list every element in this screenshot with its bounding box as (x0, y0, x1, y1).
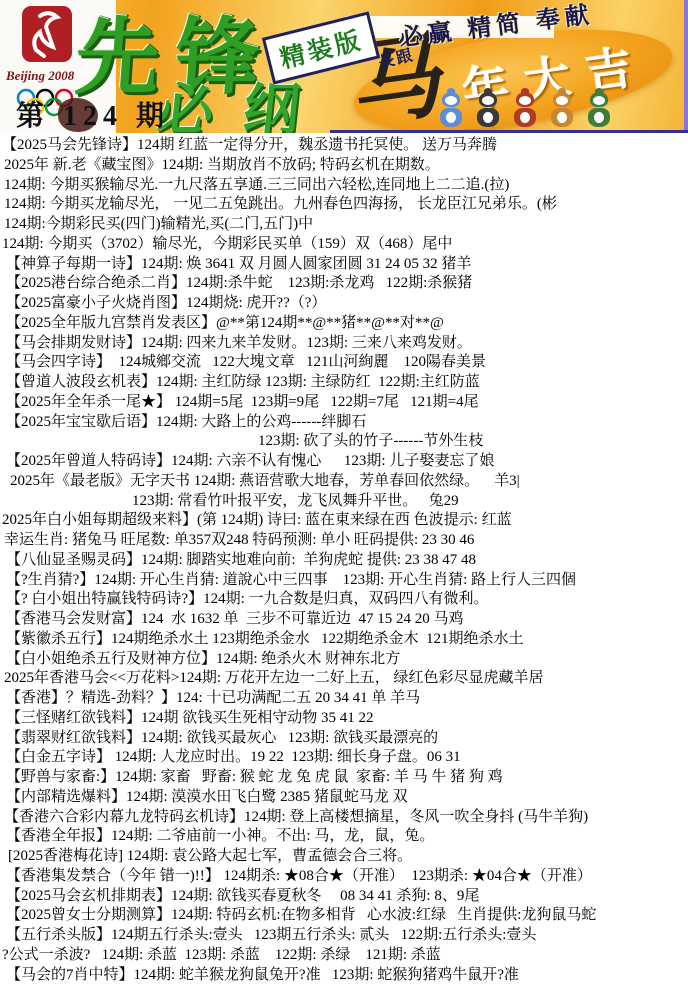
text-line: 【2025年全年杀一尾★】 124期=5尾 123期=9尾 122期=7尾 12… (2, 393, 688, 413)
report-lines: 【2025马会先锋诗】124期 红蓝一定得分开，魏丞遗书托冥使。 送万马奔腾20… (0, 133, 688, 985)
text-line: 2025年《最老版》无字天书 124期: 燕语营歌大地春，芳单春回依然绿。 羊3… (2, 472, 688, 492)
issue-number-label: 第 124 期 (16, 94, 170, 133)
text-line: 【? 白小姐出特赢钱特码诗?】124期: 一九合数是归真，双码四八有微利。 (2, 590, 688, 610)
text-line: 【曾道人波段玄机表】124期: 主红防绿 123期: 主绿防红 122期:主红防… (2, 373, 688, 393)
text-line: 【2025马会玄机排期表】124期: 欲钱买春夏秋冬 08 34 41 杀狗: … (2, 887, 688, 907)
text-line: 2025年 新.老《藏宝图》124期: 当期放肖不放码; 特码玄机在期数。 (2, 156, 688, 176)
text-line: 【2025港台综合绝杀二肖】124期:杀牛蛇 123期:杀龙鸡 122期:杀猴猪 (2, 274, 688, 294)
text-line: ?公式一杀波? 124期: 杀蓝 123期: 杀蓝 122期: 杀绿 121期:… (2, 946, 688, 966)
text-line: 【?生肖猜?】124期: 开心生肖猜: 道說心中三四事 123期: 开心生肖猜:… (2, 571, 688, 591)
text-line: 【野兽与家畜:】124期: 家畜 野畜: 猴 蛇 龙 兔 虎 鼠 家畜: 羊 马… (2, 768, 688, 788)
text-line: 124期: 今期买龙输尽光， 一见二五兔跳出。九州春色四海扬， 长龙臣江兄弟乐。… (2, 195, 688, 215)
text-line: 【马会四字诗】 124城鄉交流 122大塊文章 121山河絢麗 120陽春美景 (2, 353, 688, 373)
text-line: 124期:今期彩民买(四门)输精光,买(二门,五门)中 (2, 215, 688, 235)
text-line: 2025年香港马会<<万花料>124期: 万花开左边一二好上五， 绿红色彩尽显虎… (2, 669, 688, 689)
text-line: 123期: 砍了头的竹子------节外生枝 (2, 432, 688, 452)
text-line: 【五行杀头版】124期五行杀头:壹头 123期五行杀头: 贰头 122期:五行杀… (2, 926, 688, 946)
text-line: 【香港】？精选-劲料？】124: 十已功满配二五 20 34 41 单 羊马 (2, 689, 688, 709)
text-line: 【2025曾女士分期测算】124期: 特码玄机:在物多相背 心水波:红绿 生肖提… (2, 906, 688, 926)
header-right-border (684, 0, 688, 133)
tip-sheet-page: Beijing 2008 马 年大吉 長跟 必赢 精简 奉献 先锋 必纲 精装版… (0, 0, 688, 987)
text-line: 【2025年曾道人特码诗】124期: 六亲不认有愧心 123期: 儿子娶妻忘了娘 (2, 452, 688, 472)
beijing-olympic-emblem-icon (22, 6, 72, 62)
text-line: 【马会排期发财诗】124期: 四来九来羊发财。123期: 三来八来鸡发财。 (2, 334, 688, 354)
text-line: 【白小姐绝杀五行及财神方位】124期: 绝杀火木 财神东北方 (2, 650, 688, 670)
text-line: 【内部精选爆料】124期: 漠漠水田飞白鹭 2385 猪鼠蛇马龙 双 (2, 788, 688, 808)
text-line: 【八仙显圣赐灵码】124期: 脚踏实地难向前: 羊狗虎蛇 提供: 23 38 4… (2, 551, 688, 571)
report-header: Beijing 2008 马 年大吉 長跟 必赢 精简 奉献 先锋 必纲 精装版… (0, 0, 688, 133)
text-line: 【香港集发禁合（今年 错一)!!】 124期杀: ★08合★（开准） 123期杀… (2, 867, 688, 887)
text-line: 【马会的7肖中特】124期: 蛇羊猴龙狗鼠兔开?准 123期: 蛇猴狗猪鸡牛鼠开… (2, 966, 688, 986)
fuwa-huanhuan-red-icon (510, 92, 540, 132)
fuwa-nini-green-icon (584, 92, 614, 132)
fuwa-mascots-row (436, 92, 614, 132)
header-bottom-border (330, 130, 688, 133)
fuwa-beibei-blue-icon (436, 92, 466, 132)
text-line: 【2025富豪小子火烧肖图】124期烧: 虎开??（?） (2, 294, 688, 314)
text-line: 【翡翠财红欲钱料】124期: 欲钱买最灰心 123期: 欲钱买最漂亮的 (2, 729, 688, 749)
text-line: 【2025全年版九宫禁肖发表区】@**第124期**@**猪**@**对**@ (2, 314, 688, 334)
text-line: 【三怪赌红欲钱料】124期 欲钱买生死相守动物 35 41 22 (2, 709, 688, 729)
text-line: 【神算子每期一诗】124期: 焕 3641 双 月圆人圆家团圆 31 24 05… (2, 255, 688, 275)
text-line: 2025年白小姐每期超级来料】(第 124期) 诗曰: 蓝在東来绿在西 色波提示… (2, 511, 688, 531)
text-line: 【紫徽杀五行】124期绝杀水土 123期绝杀金水 122期绝杀金木 121期绝杀… (2, 630, 688, 650)
text-line: 124期: 今期买猴输尽光.一九尺落五享通.三三同出六轻松,连同地上二二追.(拉… (2, 176, 688, 196)
text-line: 123期: 常看竹叶报平安，龙飞凤舞升平世。 兔29 (2, 492, 688, 512)
text-line: 【香港六合彩内幕九龙特码玄机诗】124期: 登上高楼想摘星，冬风一吹全身抖 (马… (2, 808, 688, 828)
text-line: 【香港全年报】124期: 二爷庙前一小神。不出: 马，龙，鼠，兔。 (2, 827, 688, 847)
text-line: 【2025年宝宝歇后语】124期: 大路上的公鸡------绊脚石 (2, 413, 688, 433)
fuwa-jingjing-panda-icon (473, 92, 503, 132)
text-line: 124期: 今期买（3702）输尽光，今期彩民买单（159）双（468）尾中 (2, 235, 688, 255)
text-line: 【2025马会先锋诗】124期 红蓝一定得分开，魏丞遗书托冥使。 送万马奔腾 (2, 136, 688, 156)
text-line: 幸运生肖: 猪兔马 旺尾数: 单357双248 特码预测: 单小 旺码提供: 2… (2, 531, 688, 551)
fuwa-yingying-orange-icon (547, 92, 577, 132)
text-line: [2025香港梅花诗] 124期: 袁公路大起七军，曹孟德会合三将。 (2, 847, 688, 867)
text-line: 【香港马会发财富】124 水 1632 单 三步不可靠近边 47 15 24 2… (2, 610, 688, 630)
text-line: 【白金五字诗】 124期: 人龙应时出。19 22 123期: 细长身子盘。06… (2, 748, 688, 768)
